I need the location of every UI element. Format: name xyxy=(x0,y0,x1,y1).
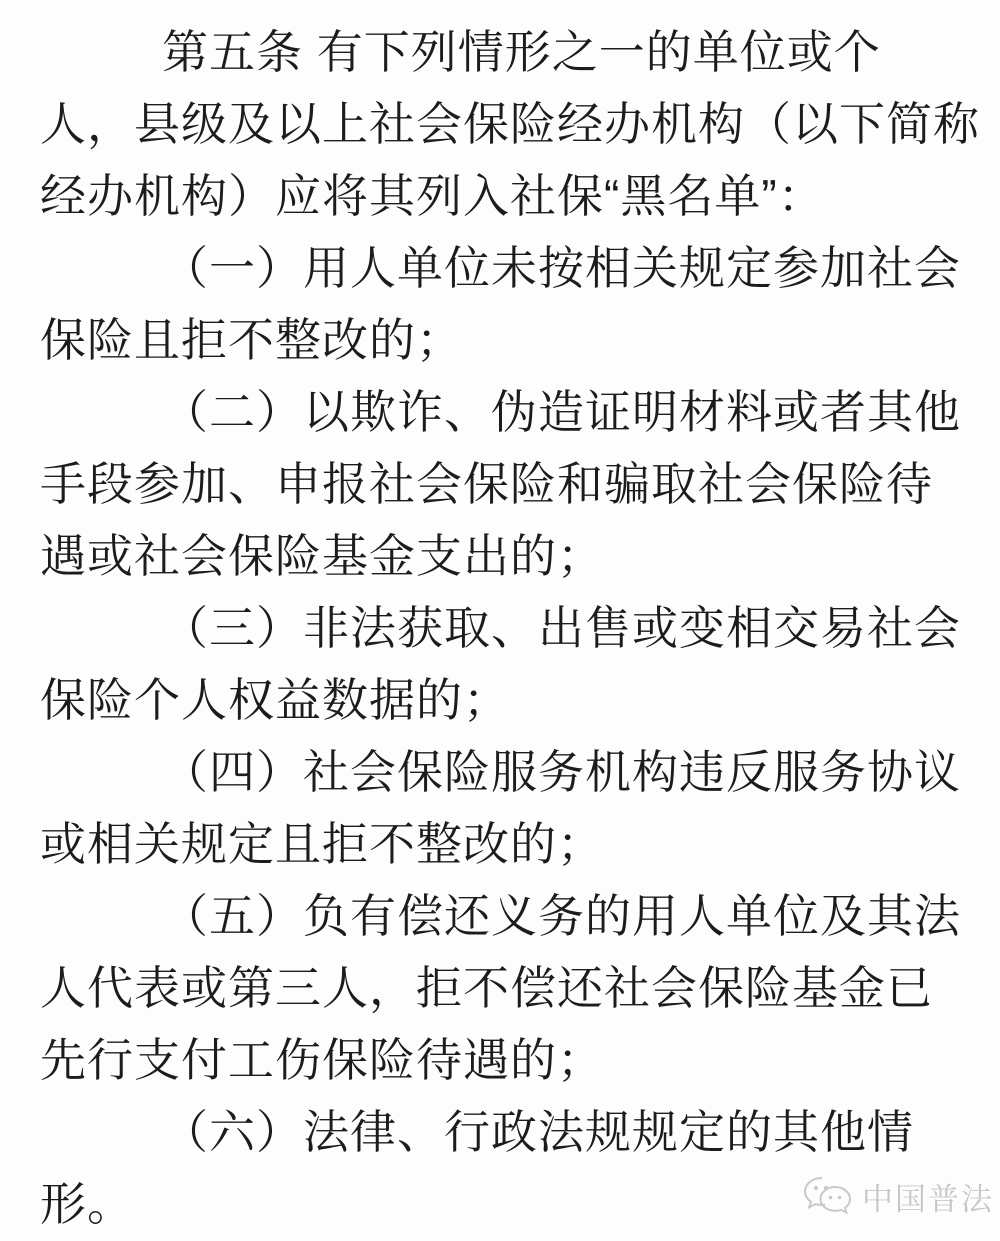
text-line: （五）负有偿还义务的用人单位及其法 xyxy=(40,880,988,952)
text-line: 遇或社会保险基金支出的； xyxy=(40,520,988,592)
text-line: （二）以欺诈、伪造证明材料或者其他 xyxy=(40,376,988,448)
watermark-label: 中国普法 xyxy=(862,1174,994,1219)
text-line: 经办机构）应将其列入社保“黑名单”： xyxy=(40,160,988,232)
text-line: 第五条 有下列情形之一的单位或个 xyxy=(40,16,988,88)
watermark: 中国普法 xyxy=(802,1174,994,1219)
article-text: 第五条 有下列情形之一的单位或个人，县级及以上社会保险经办机构（以下简称经办机构… xyxy=(0,0,1000,1240)
text-line: 或相关规定且拒不整改的； xyxy=(40,808,988,880)
text-line: 人，县级及以上社会保险经办机构（以下简称 xyxy=(40,88,988,160)
text-line: （一）用人单位未按相关规定参加社会 xyxy=(40,232,988,304)
text-line: 手段参加、申报社会保险和骗取社会保险待 xyxy=(40,448,988,520)
document-page: 第五条 有下列情形之一的单位或个人，县级及以上社会保险经办机构（以下简称经办机构… xyxy=(0,0,1000,1241)
text-line: 人代表或第三人，拒不偿还社会保险基金已 xyxy=(40,952,988,1024)
text-line: 保险个人权益数据的； xyxy=(40,664,988,736)
text-line: （三）非法获取、出售或变相交易社会 xyxy=(40,592,988,664)
text-line: （六）法律、行政法规规定的其他情 xyxy=(40,1096,988,1168)
wechat-icon xyxy=(802,1175,854,1219)
text-line: 先行支付工伤保险待遇的； xyxy=(40,1024,988,1096)
text-line: （四）社会保险服务机构违反服务协议 xyxy=(40,736,988,808)
text-line: 保险且拒不整改的； xyxy=(40,304,988,376)
